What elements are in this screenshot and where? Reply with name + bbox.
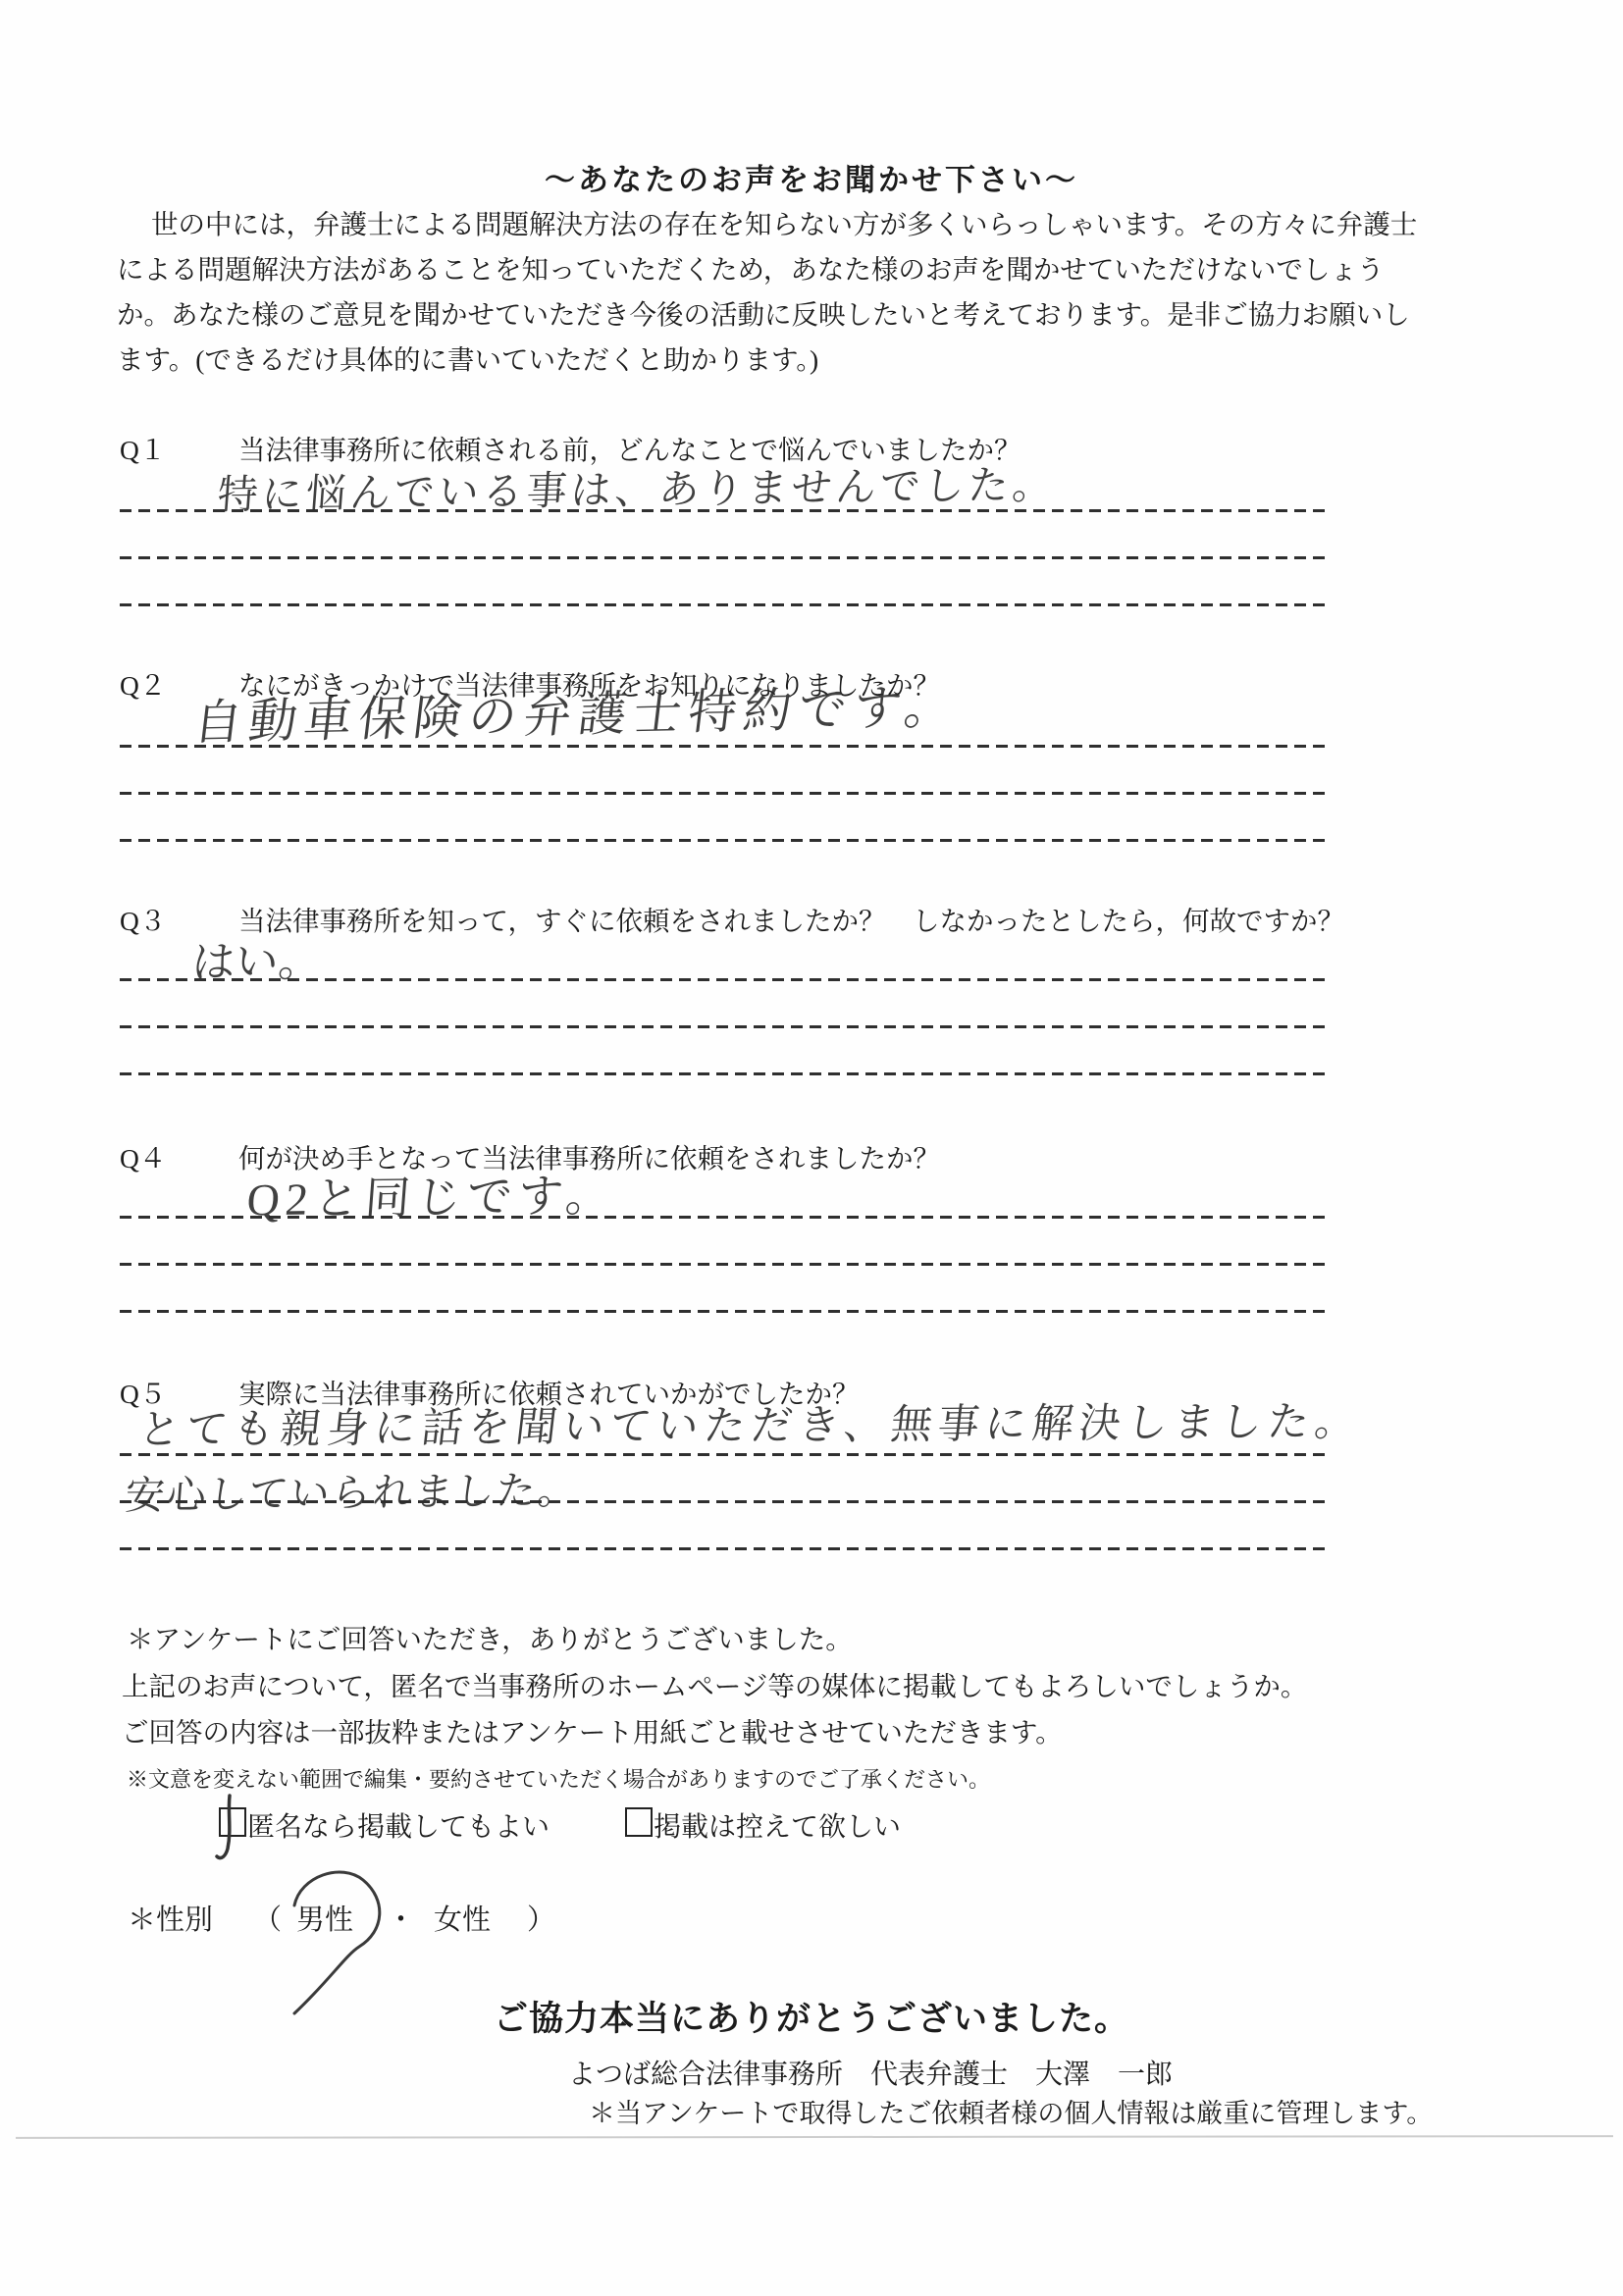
answer-line [120,1072,1325,1075]
question-label: Q４ [120,1136,238,1175]
survey-scan-page: ～あなたのお声をお聞かせ下さい～ 世の中には，弁護士による問題解決方法の存在を知… [0,0,1623,2296]
firm-signature: よつば総合法律事務所 代表弁護士 大澤 一郎 [568,2053,1173,2092]
selection-circle-icon [243,1858,449,2025]
answer-line [120,1263,1325,1266]
question-label: Q１ [120,428,238,467]
intro-line: ます。(できるだけ具体的に書いていただくと助かります。) [117,338,1530,383]
intro-line: 世の中には，弁護士による問題解決方法の存在を知らない方が多くいらっしゃいます。そ… [117,202,1530,247]
intro-line: による問題解決方法があることを知っていただくため，あなた様のお声を聞かせていただ… [117,247,1530,292]
checkbox-decline-label: 掲載は控えて欲しい [654,1805,901,1845]
page-title: ～あなたのお声をお聞かせ下さい～ [0,155,1623,199]
gender-paren-close: ） [527,1898,555,1938]
answer-line [120,839,1325,842]
handwritten-answer-q4: Q2と同じです。 [245,1160,619,1229]
consent-edit-note: ※文意を変えない範囲で編集・要約させていただく場合がありますのでご了承ください。 [127,1763,990,1794]
handwritten-answer-q3: はい。 [190,925,325,990]
handwritten-answer-q1: 特に悩んでいる事は、ありませんでした。 [216,452,1059,521]
checkbox-anonymous-ok-label: 匿名なら掲載してもよい [247,1805,550,1845]
answer-line [120,1025,1325,1028]
privacy-note: ＊当アンケートで取得したご依頼者様の個人情報は厳重に管理します。 [589,2092,1433,2130]
consent-thanks-note: ＊アンケートにご回答いただき，ありがとうございました。 [127,1617,853,1656]
question-text: 当法律事務所を知って，すぐに依頼をされましたか？ しなかったとしたら，何故ですか… [238,906,1344,936]
intro-line: か。あなた様のご意見を聞かせていただき今後の活動に反映したいと考えております。是… [117,292,1530,338]
consent-ask-note: 上記のお声について，匿名で当事務所のホームページ等の媒体に掲載してもよろしいでし… [122,1664,1307,1703]
answer-line [120,556,1325,559]
checkbox-decline[interactable] [625,1807,653,1837]
intro-paragraph: 世の中には，弁護士による問題解決方法の存在を知らない方が多くいらっしゃいます。そ… [117,202,1530,383]
checkmark-icon [210,1792,253,1864]
consent-detail-note: ご回答の内容は一部抜粋またはアンケート用紙ごと載せさせていただきます。 [122,1710,1063,1749]
answer-line [120,1310,1325,1313]
handwritten-answer-q5-line2: 安心していられました。 [124,1459,581,1521]
handwritten-answer-q5-line1: とても親身に話を聞いていただき、無事に解決しました。 [136,1389,1366,1457]
scan-artifact-line [16,2135,1613,2139]
answer-line [120,792,1325,795]
answer-line [120,1547,1325,1550]
answer-line [120,603,1325,606]
gender-label: ＊性別 [128,1898,213,1938]
